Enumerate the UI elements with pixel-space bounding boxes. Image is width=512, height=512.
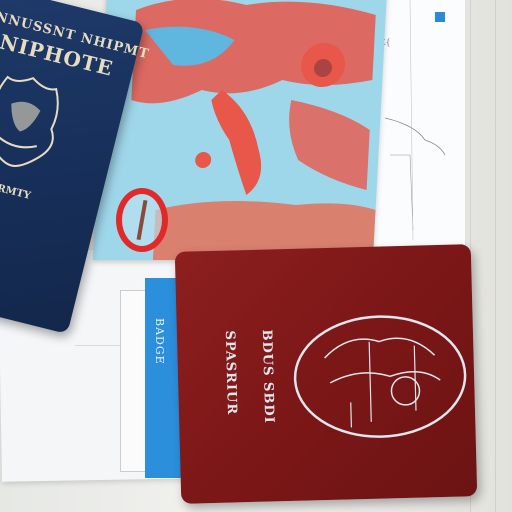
blue-passport-subtitle: IHPASMRMTY [0, 172, 32, 202]
blue-card-text: BADGE [153, 318, 166, 365]
travel-ticket [120, 290, 147, 472]
plank-seam [495, 0, 496, 512]
red-passport-text-1: SPASRIUR [222, 330, 239, 415]
red-ring [116, 188, 168, 252]
oval-seal-icon [288, 309, 471, 444]
coat-of-arms-icon [0, 62, 78, 181]
red-passport: SPASRIUR BDUS SBDI [175, 244, 477, 504]
red-passport-text-2: BDUS SBDI [259, 329, 276, 424]
